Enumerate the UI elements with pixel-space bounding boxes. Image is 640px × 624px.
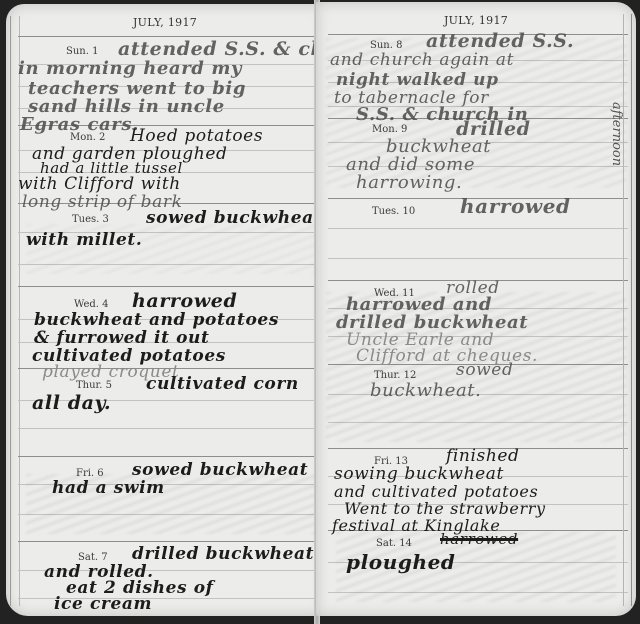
right-month-title: JULY, 1917: [316, 14, 636, 27]
day-label-thur-5: Thur. 5: [76, 380, 112, 391]
entry-mon-9-line-4: harrowing.: [356, 174, 462, 192]
entry-thur-12-line-2: buckwheat.: [370, 382, 481, 400]
entry-thur-12-line-1: sowed: [456, 362, 513, 379]
entry-sun-8-line-3: night walked up: [336, 72, 499, 89]
entry-fri-6-line-2: had a swim: [52, 480, 165, 497]
day-label-sun-1: Sun. 1: [66, 46, 98, 57]
entry-wed-4-line-1: harrowed: [132, 292, 237, 311]
entry-sat-14-line-1: ploughed: [346, 552, 456, 572]
entry-mon-2-line-1: Hoed potatoes: [130, 128, 263, 145]
day-label-tues-3: Tues. 3: [72, 214, 109, 225]
entry-fri-13-line-2: sowing buckwheat: [334, 466, 504, 483]
day-label-mon-9: Mon. 9: [372, 124, 407, 135]
entry-sat-7-line-1: drilled buckwheat: [132, 546, 314, 563]
entry-tues-3-line-1: sowed buckwheat: [146, 210, 322, 227]
entry-wed-4-line-3: & furrowed it out: [34, 330, 209, 347]
entry-fri-13-line-4: Went to the strawberry: [344, 501, 546, 517]
left-page: JULY, 1917 Sun. 1 attended S.S. & church…: [6, 4, 324, 616]
entry-thur-5-line-2: all day.: [32, 394, 111, 413]
left-month-title: JULY, 1917: [6, 16, 324, 29]
entry-sat-7-line-4: ice cream: [54, 596, 152, 613]
margin-note: afternoon: [609, 102, 624, 166]
right-page: JULY, 1917 afternoon Sun. 8 attended S.S…: [316, 2, 636, 616]
entry-sun-8-line-2: and church again at: [330, 52, 514, 69]
day-label-sat-14: Sat. 14: [376, 538, 412, 549]
entry-tues-3-line-2: with millet.: [26, 232, 142, 249]
day-label-tues-10: Tues. 10: [372, 206, 415, 217]
entry-mon-2-line-4: with Clifford with: [18, 176, 181, 193]
entry-sun-1-line-1: attended S.S. & church: [118, 40, 324, 59]
entry-tues-10-line-1: harrowed: [460, 196, 571, 216]
entry-wed-4-line-2: buckwheat and potatoes: [34, 312, 279, 329]
entry-fri-6-line-1: sowed buckwheat: [132, 462, 308, 479]
entry-sun-8-line-1: attended S.S.: [426, 32, 574, 51]
entry-fri-13-line-1: finished: [446, 448, 520, 465]
entry-sat-14-struck-word: harrowed: [440, 532, 518, 547]
entry-sun-1-line-2: in morning heard my: [18, 60, 242, 78]
diary-spread: JULY, 1917 Sun. 1 attended S.S. & church…: [0, 0, 640, 624]
day-label-mon-2: Mon. 2: [70, 132, 105, 143]
entry-fri-13-line-3: and cultivated potatoes: [334, 484, 538, 500]
entry-thur-5-line-1: cultivated corn: [146, 376, 299, 393]
day-label-wed-4: Wed. 4: [74, 299, 109, 310]
